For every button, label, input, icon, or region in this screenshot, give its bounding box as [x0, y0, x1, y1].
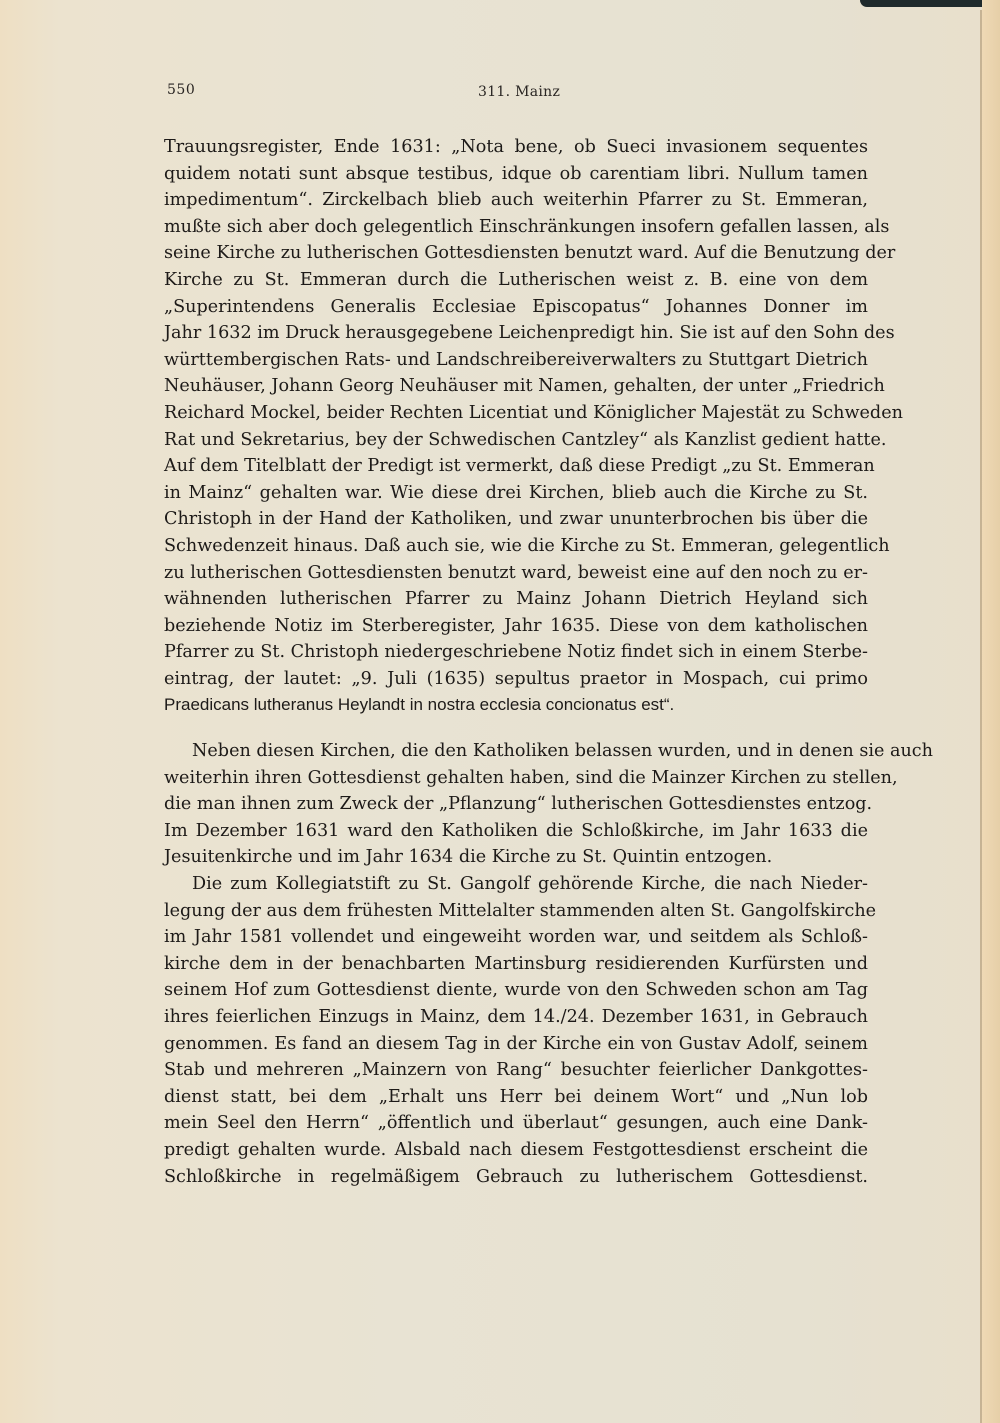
text-line: predigt gehalten wurde. Alsbald nach die… — [164, 1137, 868, 1164]
text-line: seinem Hof zum Gottesdienst diente, wurd… — [164, 977, 868, 1004]
text-line: impedimentum“. Zirckelbach blieb auch we… — [164, 187, 868, 214]
text-line: quidem notati sunt absque testibus, idqu… — [164, 161, 868, 188]
text-line: Reichard Mockel, beider Rechten Licentia… — [164, 400, 868, 427]
text-line: dienst statt, bei dem „Erhalt uns Herr b… — [164, 1084, 868, 1111]
text-line: Schwedenzeit hinaus. Daß auch sie, wie d… — [164, 533, 868, 560]
text-line: Die zum Kollegiatstift zu St. Gangolf ge… — [164, 871, 868, 898]
text-line: „Superintendens Generalis Ecclesiae Epis… — [164, 294, 868, 321]
running-head: 311. Mainz — [478, 84, 560, 100]
text-line: genommen. Es fand an diesem Tag in der K… — [164, 1031, 868, 1058]
text-line: wähnenden lutherischen Pfarrer zu Mainz … — [164, 586, 868, 613]
text-line: Trauungsregister, Ende 1631: „Nota bene,… — [164, 134, 868, 161]
scanned-book-page: 550 311. Mainz Trauungsregister, Ende 16… — [0, 0, 1000, 1423]
text-line: ihres feierlichen Einzugs in Mainz, dem … — [164, 1004, 868, 1031]
text-line: Pfarrer zu St. Christoph niedergeschrieb… — [164, 639, 868, 666]
paragraph-3: Die zum Kollegiatstift zu St. Gangolf ge… — [164, 871, 868, 1190]
text-line: in Mainz“ gehalten war. Wie diese drei K… — [164, 480, 868, 507]
text-line: Praedicans lutheranus Heylandt in nostra… — [164, 692, 868, 719]
text-line: Stab und mehreren „Mainzern von Rang“ be… — [164, 1057, 868, 1084]
text-line: Kirche zu St. Emmeran durch die Lutheris… — [164, 267, 868, 294]
text-line: Rat und Sekretarius, bey der Schwedische… — [164, 427, 868, 454]
text-line: weiterhin ihren Gottesdienst gehalten ha… — [164, 765, 868, 792]
text-line: im Jahr 1581 vollendet und eingeweiht wo… — [164, 924, 868, 951]
text-line: Schloßkirche in regelmäßigem Gebrauch zu… — [164, 1164, 868, 1191]
text-line: Neben diesen Kirchen, die den Katholiken… — [164, 738, 868, 765]
paragraph-spacer — [164, 719, 868, 738]
text-line: beziehende Notiz im Sterberegister, Jahr… — [164, 613, 868, 640]
text-line: Jahr 1632 im Druck herausgegebene Leiche… — [164, 320, 868, 347]
text-line: Christoph in der Hand der Katholiken, un… — [164, 506, 868, 533]
text-line: legung der aus dem frühesten Mittelalter… — [164, 898, 868, 925]
paragraph-2: Neben diesen Kirchen, die den Katholiken… — [164, 738, 868, 871]
text-line: die man ihnen zum Zweck der „Pflanzung“ … — [164, 791, 868, 818]
scan-edge-shadow — [860, 0, 1000, 7]
adjacent-page-edge — [982, 0, 1000, 1423]
text-line: seine Kirche zu lutherischen Gottesdiens… — [164, 240, 868, 267]
text-line: mein Seel den Herrn“ „öffentlich und übe… — [164, 1110, 868, 1137]
text-line: zu lutherischen Gottesdiensten benutzt w… — [164, 560, 868, 587]
text-line: Im Dezember 1631 ward den Katholiken die… — [164, 818, 868, 845]
text-line: Auf dem Titelblatt der Predigt ist verme… — [164, 453, 868, 480]
text-line: Neuhäuser, Johann Georg Neuhäuser mit Na… — [164, 373, 868, 400]
page-number: 550 — [167, 82, 195, 98]
text-line: Jesuitenkirche und im Jahr 1634 die Kirc… — [164, 844, 868, 871]
text-line: mußte sich aber doch gelegentlich Einsch… — [164, 214, 868, 241]
text-line: eintrag, der lautet: „9. Juli (1635) sep… — [164, 666, 868, 693]
paragraph-1: Trauungsregister, Ende 1631: „Nota bene,… — [164, 134, 868, 719]
text-line: württembergischen Rats- und Landschreibe… — [164, 347, 868, 374]
text-line: kirche dem in der benachbarten Martinsbu… — [164, 951, 868, 978]
body-text: Trauungsregister, Ende 1631: „Nota bene,… — [164, 134, 868, 1190]
